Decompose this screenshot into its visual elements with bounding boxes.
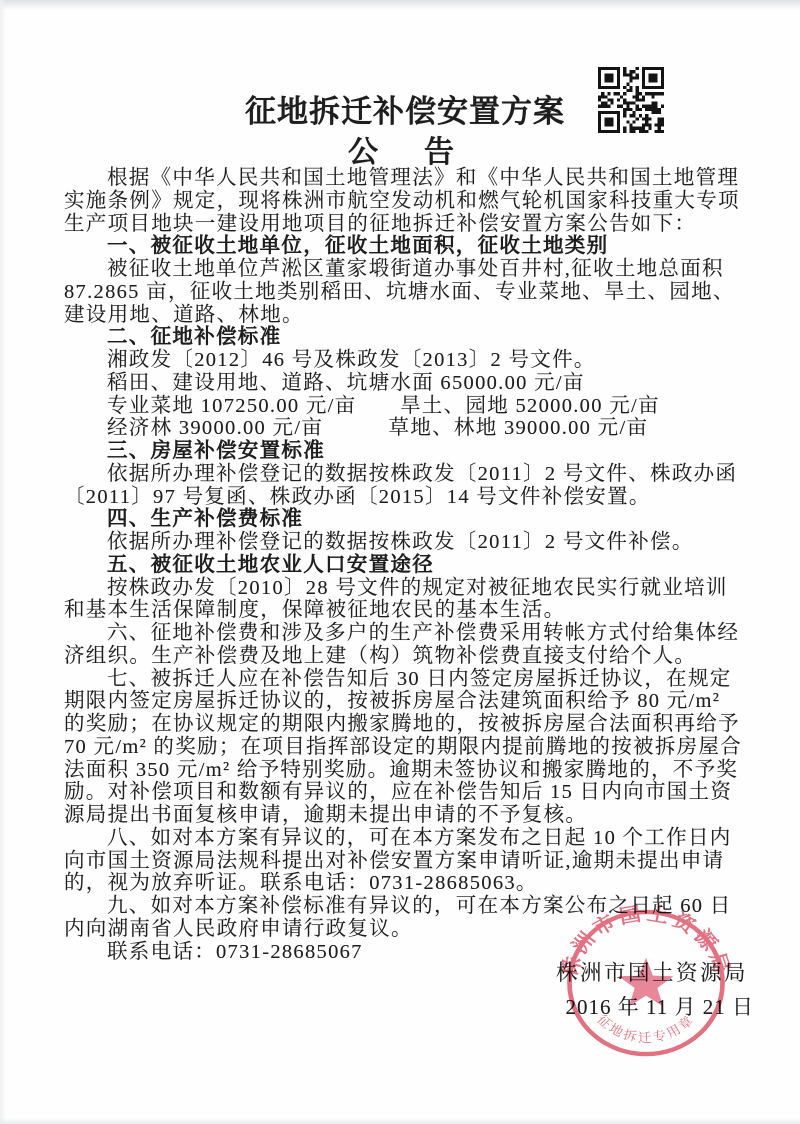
scanned-announcement-page: 征地拆迁补偿安置方案 公 告 根据《中华人民共和国土地管理法》和《中华人民共和国… [0, 0, 800, 1124]
text-line: 建设用地、道路、林地。 [64, 304, 744, 327]
announcement-heading: 公 告 [5, 127, 800, 171]
text-line: 四、生产补偿费标准 [64, 508, 744, 531]
text-line: 按株政办发〔2010〕28 号文件的规定对被征地农民实行就业培训 [64, 577, 744, 600]
text-line: 稻田、建设用地、道路、坑塘水面 65000.00 元/亩 [64, 372, 744, 395]
text-line: 期限内签定房屋拆迁协议的，按被拆房屋合法建筑面积给予 80 元/m² [64, 690, 744, 713]
issuer-signature: 株洲市国土资源局 [400, 956, 748, 987]
text-line: 被征收土地单位芦淞区董家塅街道办事处百井村,征收土地总面积 [64, 258, 744, 281]
text-line: 生产项目地块一建设用地项目的征地拆迁补偿安置方案公告如下： [64, 213, 744, 236]
text-line: 湘政发〔2012〕46 号及株政发〔2013〕2 号文件。 [64, 349, 744, 372]
text-line: 八、如对本方案有异议的，可在本方案发布之日起 10 个工作日内 [64, 827, 744, 850]
scan-artifact [0, 0, 800, 10]
text-line: 根据《中华人民共和国土地管理法》和《中华人民共和国土地管理 [64, 167, 744, 190]
text-line: 的奖励；在协议规定的期限内搬家腾地的，按被拆房屋合法面积再给予 [64, 713, 744, 736]
document-title: 征地拆迁补偿安置方案 [5, 86, 800, 131]
scan-artifact [0, 1118, 800, 1124]
text-line: 实施条例》规定，现将株洲市航空发动机和燃气轮机国家科技重大专项 [64, 190, 744, 213]
text-line: 和基本生活保障制度，保障被征地农民的基本生活。 [64, 599, 744, 622]
text-line: 向市国土资源局法规科提出对补偿安置方案申请听证,逾期未提出申请 [64, 850, 744, 873]
text-line: 三、房屋补偿安置标准 [64, 440, 744, 463]
text-line: 87.2865 亩，征收土地类别稻田、坑塘水面、专业菜地、旱土、园地、 [64, 281, 744, 304]
document-body: 根据《中华人民共和国土地管理法》和《中华人民共和国土地管理实施条例》规定，现将株… [64, 167, 744, 963]
issue-date: 2016 年 11 月 21 日 [400, 991, 754, 1021]
text-line: 六、征地补偿费和涉及多户的生产补偿费采用转帐方式付给集体经 [64, 622, 744, 645]
text-line: 经济林 39000.00 元/亩 草地、林地 39000.00 元/亩 [64, 417, 744, 440]
text-line: 七、被拆迁人应在补偿告知后 30 日内签定房屋拆迁协议，在规定 [64, 668, 744, 691]
text-line: 五、被征收土地农业人口安置途径 [64, 554, 744, 577]
text-line: 的，视为放弃听证。联系电话：0731-28685063。 [64, 872, 744, 895]
text-line: 依据所办理补偿登记的数据按株政发〔2011〕2 号文件补偿。 [64, 531, 744, 554]
text-line: 依据所办理补偿登记的数据按株政发〔2011〕2 号文件、株政办函 [64, 463, 744, 486]
qr-code-icon [598, 67, 664, 133]
text-line: 励。对补偿项目和数额有异议的，应在补偿告知后 15 日内向市国土资 [64, 781, 744, 804]
text-line: 内向湖南省人民政府申请行政复议。 [64, 918, 744, 941]
text-line: 专业菜地 107250.00 元/亩 旱土、园地 52000.00 元/亩 [64, 395, 744, 418]
text-line: 〔2011〕97 号复函、株政办函〔2015〕14 号文件补偿安置。 [64, 486, 744, 509]
text-line: 法面积 350 元/m² 给予特别奖励。逾期未签协议和搬家腾地的，不予奖 [64, 759, 744, 782]
qr-code-pattern [598, 67, 664, 133]
text-line: 源局提出书面复核申请，逾期未提出申请的不予复核。 [64, 804, 744, 827]
text-line: 一、被征收土地单位，征收土地面积，征收土地类别 [64, 235, 744, 258]
text-line: 二、征地补偿标准 [64, 326, 744, 349]
text-line: 九、如对本方案补偿标准有异议的，可在本方案公布之日起 60 日 [64, 895, 744, 918]
text-line: 70 元/m² 的奖励；在项目指挥部设定的期限内提前腾地的按被拆房屋合 [64, 736, 744, 759]
text-line: 济组织。生产补偿费及地上建（构）筑物补偿费直接支付给个人。 [64, 645, 744, 668]
